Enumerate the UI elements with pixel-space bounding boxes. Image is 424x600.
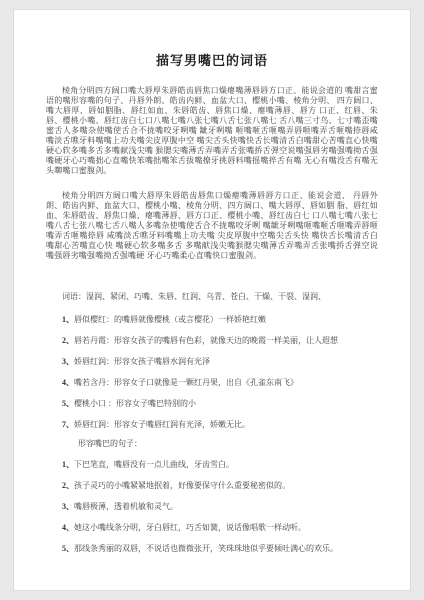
item-text: 嘴唇极薄，透着机敏和灵气。 [74,502,178,511]
idiom-paragraph-1: 棱角分明四方阔口嘴大唇厚朱唇皓齿唇焦口燥瘪嘴薄唇唇方口正、能说会道的 嘴甜言蜜语… [46,86,378,176]
item-number: 4、 [62,378,74,387]
definition-item: 3、娇唇红润：形容女孩子嘴唇水润有光泽 [46,357,378,367]
definition-item: 2、唇若丹霞：形容女孩子的嘴唇有色彩，就像天边的晚霞一样美丽，让人遐想 [46,336,378,346]
definition-item: 1、唇似樱红：的嘴唇就像樱桃（或言樱花）一样娇艳红嫩 [46,315,378,325]
item-text: 她这小嘴线条分明，牙白唇红，巧舌如簧，说话像唱歌一样动听。 [74,523,306,532]
definition-list: 1、唇似樱红：的嘴唇就像樱桃（或言樱花）一样娇艳红嫩 2、唇若丹霞：形容女孩子的… [46,315,378,430]
item-text: 孩子灵巧的小嘴紧紧地抿着，好像要保守什么重要秘密似的。 [74,481,290,490]
definition-item: 7、娇唇红润：形容女子嘴唇红润有光泽，娇嫩无比。 [46,420,378,430]
item-text: 唇若丹霞：形容女孩子的嘴唇有色彩，就像天边的晚霞一样美丽，让人遐想 [74,336,338,345]
sentence-item: 1、下巴笔直，嘴唇没有一点儿曲线，牙齿雪白。 [46,460,378,470]
definition-item: 5、樱桃小口 ：形容女子嘴巴特别的小 [46,399,378,409]
item-number: 3、 [62,502,74,511]
item-text: 唇似樱红：的嘴唇就像樱桃（或言樱花）一样娇艳红嫩 [74,315,266,324]
sentence-item: 3、嘴唇极薄，透着机敏和灵气。 [46,502,378,512]
item-number: 5、 [62,399,74,408]
idiom-paragraph-2: 棱角分明四方阔口嘴大唇厚朱唇皓齿唇焦口燥瘪嘴薄唇唇方口正、能说会道、 丹唇外朗、… [46,191,378,261]
item-number: 1、 [62,315,74,324]
words-line: 词语：湿润、紧闭、巧嘴、朱唇、红润、乌青、苍白、干燥、干裂、湿润、 [46,292,378,302]
item-number: 2、 [62,481,74,490]
item-number: 1、 [62,460,74,469]
item-number: 5、 [62,544,74,553]
item-text: 樱桃小口 ：形容女子嘴巴特别的小 [74,399,196,408]
item-text: 那线条秀丽的双唇，不说话也微微张开，笑珠珠地似乎要倾吐满心的欢乐。 [74,544,338,553]
page-title: 描写男嘴巴的词语 [46,52,378,70]
item-number: 2、 [62,336,74,345]
sentence-list: 1、下巴笔直，嘴唇没有一点儿曲线，牙齿雪白。 2、孩子灵巧的小嘴紧紧地抿着，好像… [46,460,378,554]
sentence-item: 2、孩子灵巧的小嘴紧紧地抿着，好像要保守什么重要秘密似的。 [46,481,378,491]
item-number: 7、 [62,420,74,429]
item-text: 娇唇红润：形容女子嘴唇红润有光泽，娇嫩无比。 [74,420,250,429]
document-page: 描写男嘴巴的词语 棱角分明四方阔口嘴大唇厚朱唇皓齿唇焦口燥瘪嘴薄唇唇方口正、能说… [13,9,411,591]
definition-item: 4、嘴若含丹：形容女子口就像是一颗红丹果，出自《孔雀东南飞》 [46,378,378,388]
section-header: 形容嘴巴的句子： [46,439,378,449]
item-number: 4、 [62,523,74,532]
sentence-item: 4、她这小嘴线条分明，牙白唇红，巧舌如簧，说话像唱歌一样动听。 [46,523,378,533]
sentence-item: 5、那线条秀丽的双唇，不说话也微微张开，笑珠珠地似乎要倾吐满心的欢乐。 [46,544,378,554]
item-text: 娇唇红润：形容女孩子嘴唇水润有光泽 [74,357,210,366]
item-number: 3、 [62,357,74,366]
item-text: 嘴若含丹：形容女子口就像是一颗红丹果，出自《孔雀东南飞》 [74,378,298,387]
item-text: 下巴笔直，嘴唇没有一点儿曲线，牙齿雪白。 [74,460,234,469]
